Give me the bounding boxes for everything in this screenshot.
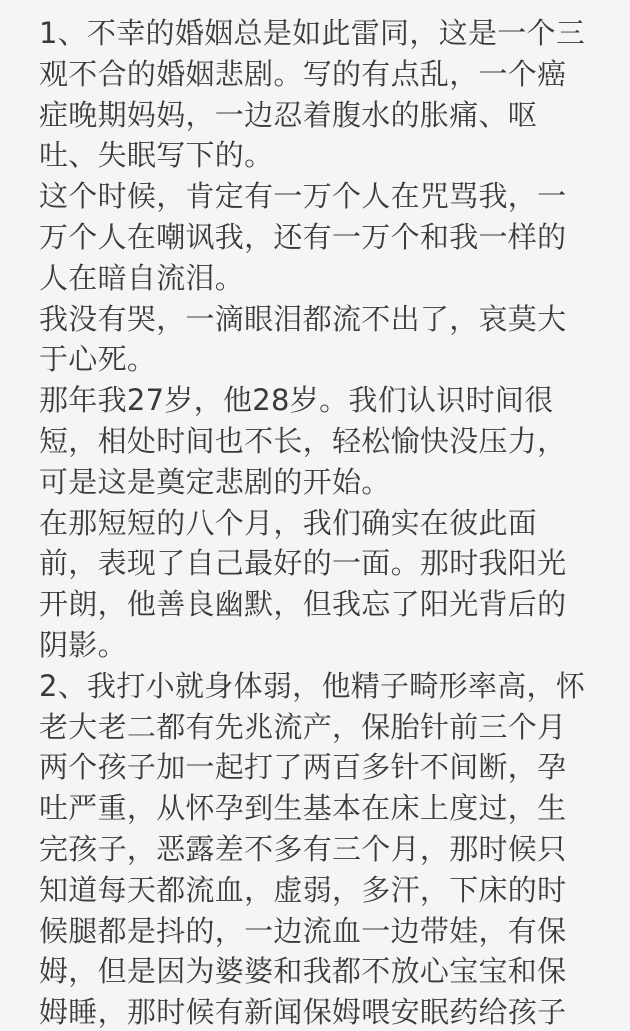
text-line: 万个人在嘲讽我，还有一万个和我一样的 (39, 217, 630, 258)
text-line: 那年我27岁，他28岁。我们认识时间很 (39, 380, 630, 421)
text-line: 前，表现了自己最好的一面。那时我阳光 (39, 543, 630, 584)
text-line: 于心死。 (39, 339, 630, 380)
text-line: 症晚期妈妈，一边忍着腹水的胀痛、呕 (39, 95, 630, 136)
text-line: 开朗，他善良幽默，但我忘了阳光背后的 (39, 584, 630, 625)
text-line: 知道每天都流血，虚弱，多汗，下床的时 (39, 870, 630, 911)
text-line: 可是这是奠定悲剧的开始。 (39, 462, 630, 503)
document-text: 1、不幸的婚姻总是如此雷同，这是一个三 观不合的婚姻悲剧。写的有点乱，一个癌 症… (0, 0, 630, 1031)
text-line: 老大老二都有先兆流产，保胎针前三个月 (39, 707, 630, 748)
text-line: 观不合的婚姻悲剧。写的有点乱，一个癌 (39, 54, 630, 95)
text-line: 短，相处时间也不长，轻松愉快没压力， (39, 421, 630, 462)
text-line: 1、不幸的婚姻总是如此雷同，这是一个三 (39, 13, 630, 54)
text-line: 吐严重，从怀孕到生基本在床上度过，生 (39, 788, 630, 829)
text-line: 这个时候，肯定有一万个人在咒骂我，一 (39, 176, 630, 217)
text-line: 候腿都是抖的，一边流血一边带娃，有保 (39, 911, 630, 952)
text-line: 阴影。 (39, 625, 630, 666)
text-line: 在那短短的八个月，我们确实在彼此面 (39, 503, 630, 544)
text-line: 完孩子，恶露差不多有三个月，那时候只 (39, 829, 630, 870)
text-line: 两个孩子加一起打了两百多针不间断，孕 (39, 747, 630, 788)
text-line: 姆，但是因为婆婆和我都不放心宝宝和保 (39, 951, 630, 992)
text-line: 吐、失眠写下的。 (39, 135, 630, 176)
text-line: 姆睡，那时候有新闻保姆喂安眠药给孩子 (39, 992, 630, 1031)
text-line: 人在暗自流泪。 (39, 258, 630, 299)
text-line: 我没有哭，一滴眼泪都流不出了，哀莫大 (39, 299, 630, 340)
text-line: 2、我打小就身体弱，他精子畸形率高，怀 (39, 666, 630, 707)
